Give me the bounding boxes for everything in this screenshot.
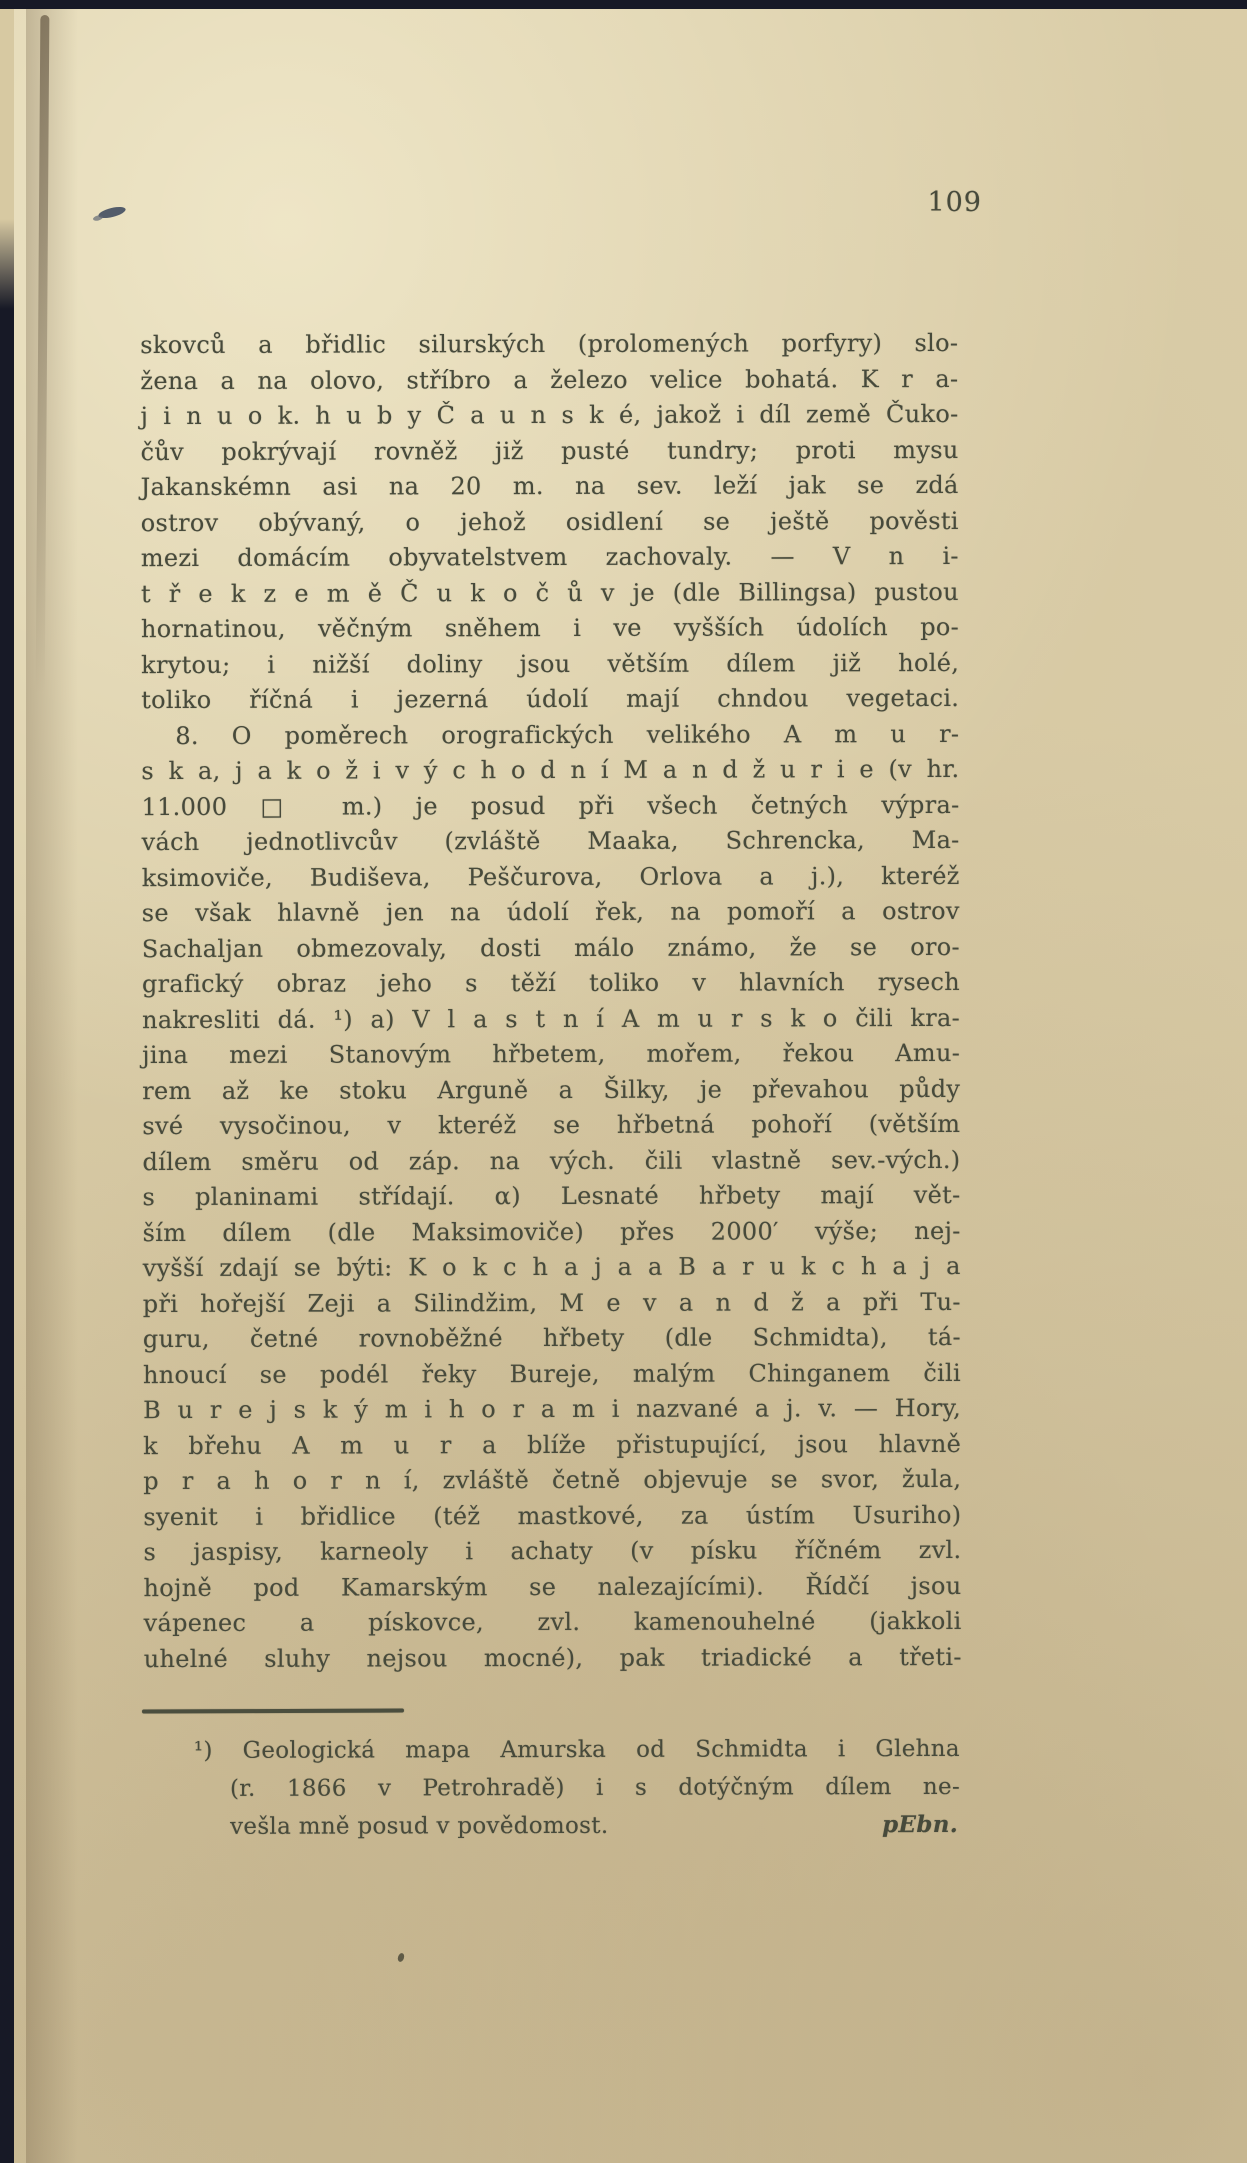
text-line: dílem směru od záp. na vých. čili vlastn…	[142, 1142, 960, 1180]
text-line: vách jednotlivcův (zvláště Maaka, Schren…	[142, 823, 960, 861]
text-line: vyšší zdají se býti: K o k c h a j a a B…	[143, 1249, 961, 1287]
text-line: guru, četné rovnoběžné hřbety (dle Schmi…	[143, 1320, 961, 1358]
text-line: se však hlavně jen na údolí řek, na pomo…	[142, 894, 960, 932]
text-line: k břehu A m u r a blíže přistupující, js…	[143, 1426, 961, 1464]
text-line: s k a, j a k o ž i v ý c h o d n í M a n…	[141, 752, 959, 790]
text-line: hojně pod Kamarským se nalezajícími). Ří…	[143, 1568, 961, 1606]
book-page: 109 skovců a břidlic silurských (prolome…	[14, 9, 1247, 2163]
footnote-signature: pEbn.	[882, 1806, 960, 1844]
text-line: ostrov obývaný, o jehož osidlení se ješt…	[141, 503, 959, 541]
text-line: jina mezi Stanovým hřbetem, mořem, řekou…	[142, 1036, 960, 1074]
text-line: rem až ke stoku Arguně a Šilky, je převa…	[142, 1071, 960, 1109]
text-line: p r a h o r n í, zvláště četně objevuje …	[143, 1462, 961, 1500]
gutter-shadow	[26, 9, 78, 2163]
text-line: j i n u o k. h u b y Č a u n s k é, jako…	[140, 397, 958, 435]
footnote-line: vešla mně posud v povědomost. pEbn.	[230, 1806, 960, 1846]
text-line: ším dílem (dle Maksimoviče) přes 2000′ v…	[143, 1213, 961, 1251]
text-line: s planinami střídají. α) Lesnaté hřbety …	[142, 1178, 960, 1216]
page-edge-sliver	[0, 9, 14, 309]
text-line: grafický obraz jeho s těží toliko v hlav…	[142, 965, 960, 1003]
page-number: 109	[874, 187, 982, 218]
text-line: mezi domácím obyvatelstvem zachovaly. — …	[141, 539, 959, 577]
text-line: syenit i břidlice (též mastkové, za ústí…	[143, 1497, 961, 1535]
text-line: s jaspisy, karneoly i achaty (v písku ří…	[143, 1533, 961, 1571]
text-line: nakresliti dá. ¹) a) V l a s t n í A m u…	[142, 1000, 960, 1038]
text-line: uhelné sluhy nejsou mocné), pak triadick…	[144, 1639, 962, 1677]
text-line: krytou; i nižší doliny jsou větším dílem…	[141, 645, 959, 683]
text-line: hornatinou, věčným sněhem i ve vyšších ú…	[141, 610, 959, 648]
body-text: skovců a břidlic silurských (prolomených…	[140, 326, 962, 1677]
footnote-line: (r. 1866 v Petrohradě) i s dotýčným díle…	[230, 1768, 960, 1808]
book-photo: 109 skovců a břidlic silurských (prolome…	[0, 0, 1247, 2163]
text-line: t ř e k z e m ě Č u k o č ů v je (dle Bi…	[141, 574, 959, 612]
text-line: Sachaljan obmezovaly, dosti málo známo, …	[142, 929, 960, 967]
text-line: Jakanskémn asi na 20 m. na sev. leží jak…	[141, 468, 959, 506]
text-line: toliko říčná i jezerná údolí mají chndou…	[141, 681, 959, 719]
footnote-separator	[142, 1709, 404, 1714]
text-line: ksimoviče, Budiševa, Peščurova, Orlova a…	[142, 858, 960, 896]
text-line: B u r e j s k ý m i h o r a m i nazvané …	[143, 1391, 961, 1429]
text-line: vápenec a pískovce, zvl. kamenouhelné (j…	[144, 1604, 962, 1642]
text-line: při hořejší Zeji a Silindžim, M e v a n …	[143, 1284, 961, 1322]
ink-speck	[397, 1952, 405, 1962]
text-line-paragraph-start: 8. O poměrech orografických velikého A m…	[141, 716, 959, 754]
text-line: čův pokrývají rovněž již pusté tundry; p…	[141, 432, 959, 470]
text-line: 11.000 □ m.) je posud při všech četných …	[141, 787, 959, 825]
text-line: žena a na olovo, stříbro a železo velice…	[140, 361, 958, 399]
footnote-line: ¹) Geologická mapa Amurska od Schmidta i…	[194, 1730, 960, 1770]
footnote-line-text: vešla mně posud v povědomost.	[230, 1807, 608, 1846]
text-line: své vysočinou, v kteréž se hřbetná pohoř…	[142, 1107, 960, 1145]
text-line: hnoucí se podél řeky Bureje, malým Ching…	[143, 1355, 961, 1393]
text-line: skovců a břidlic silurských (prolomených…	[140, 326, 958, 364]
footnote: ¹) Geologická mapa Amurska od Schmidta i…	[142, 1730, 960, 1846]
